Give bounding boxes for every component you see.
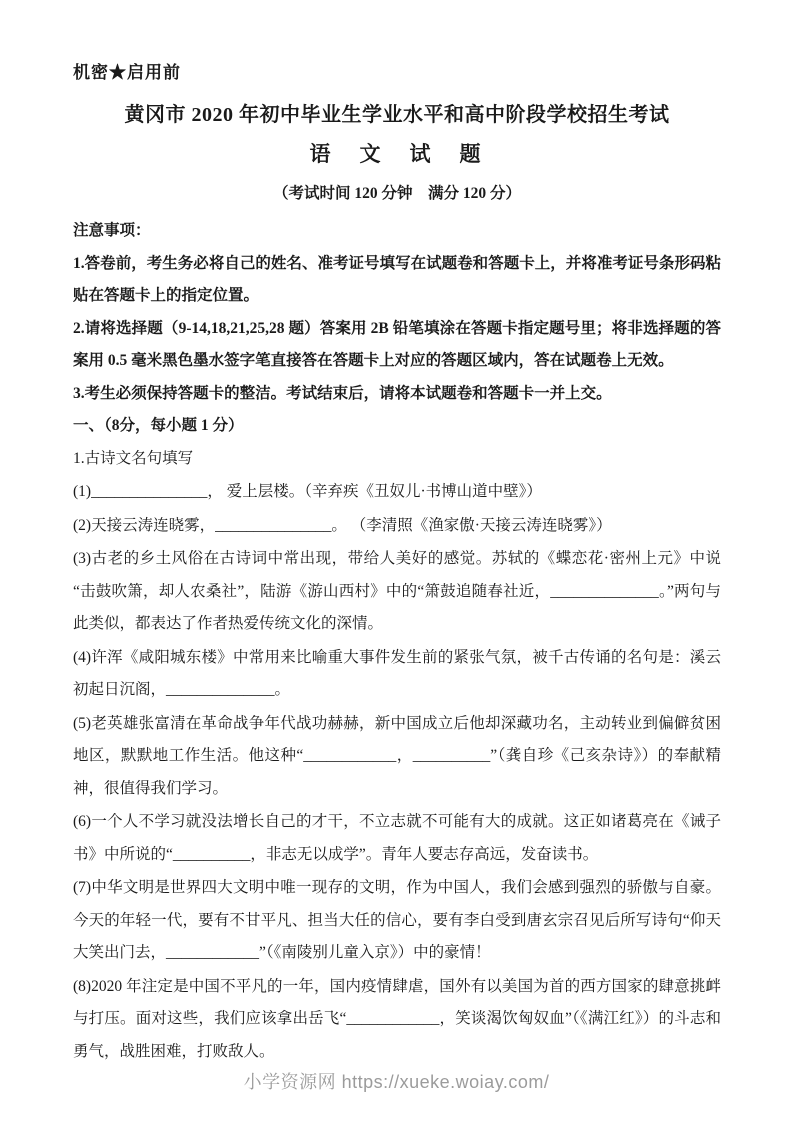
question-1-intro: 1.古诗文名句填写 <box>73 443 721 476</box>
question-1-item-2: (2)天接云涛连晓雾，_______________。 （李清照《渔家傲·天接云… <box>73 510 721 543</box>
question-1-item-3: (3)古老的乡土风俗在古诗词中常出现，带给人美好的感觉。苏轼的《蝶恋花·密州上元… <box>73 543 721 641</box>
question-1-item-1: (1)_______________， 爱上层楼。（辛弃疾《丑奴儿·书博山道中壁… <box>73 476 721 509</box>
section-one-title: 一、（8分，每小题 1 分） <box>73 410 721 443</box>
subject-title: 语 文 试 题 <box>73 138 721 168</box>
exam-paper-page: 机密★启用前 黄冈市 2020 年初中毕业生学业水平和高中阶段学校招生考试 语 … <box>0 0 793 1122</box>
notices-section: 注意事项： 1.答卷前，考生务必将自己的姓名、准考证号填写在试题卷和答题卡上，并… <box>73 215 721 410</box>
notices-title: 注意事项： <box>73 215 721 248</box>
notice-item-1: 1.答卷前，考生务必将自己的姓名、准考证号填写在试题卷和答题卡上，并将准考证号条… <box>73 248 721 313</box>
source-watermark: 小学资源网 https://xueke.woiay.com/ <box>0 1068 793 1094</box>
questions-section: 一、（8分，每小题 1 分） 1.古诗文名句填写 (1)____________… <box>73 410 721 1068</box>
question-1-item-7: (7)中华文明是世界四大文明中唯一现存的文明，作为中国人，我们会感到强烈的骄傲与… <box>73 872 721 970</box>
question-1-item-6: (6)一个人不学习就没法增长自己的才干，不立志就不可能有大的成就。这正如诸葛亮在… <box>73 806 721 871</box>
classification-label: 机密★启用前 <box>73 58 721 83</box>
exam-title: 黄冈市 2020 年初中毕业生学业水平和高中阶段学校招生考试 <box>73 98 721 127</box>
question-1-item-5: (5)老英雄张富清在革命战争年代战功赫赫，新中国成立后他却深藏功名，主动转业到偏… <box>73 708 721 806</box>
question-1-item-8: (8)2020 年注定是中国不平凡的一年，国内疫情肆虐，国外有以美国为首的西方国… <box>73 971 721 1069</box>
notice-item-3: 3.考生必须保持答题卡的整洁。考试结束后，请将本试题卷和答题卡一并上交。 <box>73 378 721 411</box>
notice-item-2: 2.请将选择题（9-14,18,21,25,28 题）答案用 2B 铅笔填涂在答… <box>73 313 721 378</box>
question-1-item-4: (4)许浑《咸阳城东楼》中常用来比喻重大事件发生前的紧张气氛，被千古传诵的名句是… <box>73 642 721 707</box>
exam-duration-score: （考试时间 120 分钟 满分 120 分） <box>73 181 721 203</box>
